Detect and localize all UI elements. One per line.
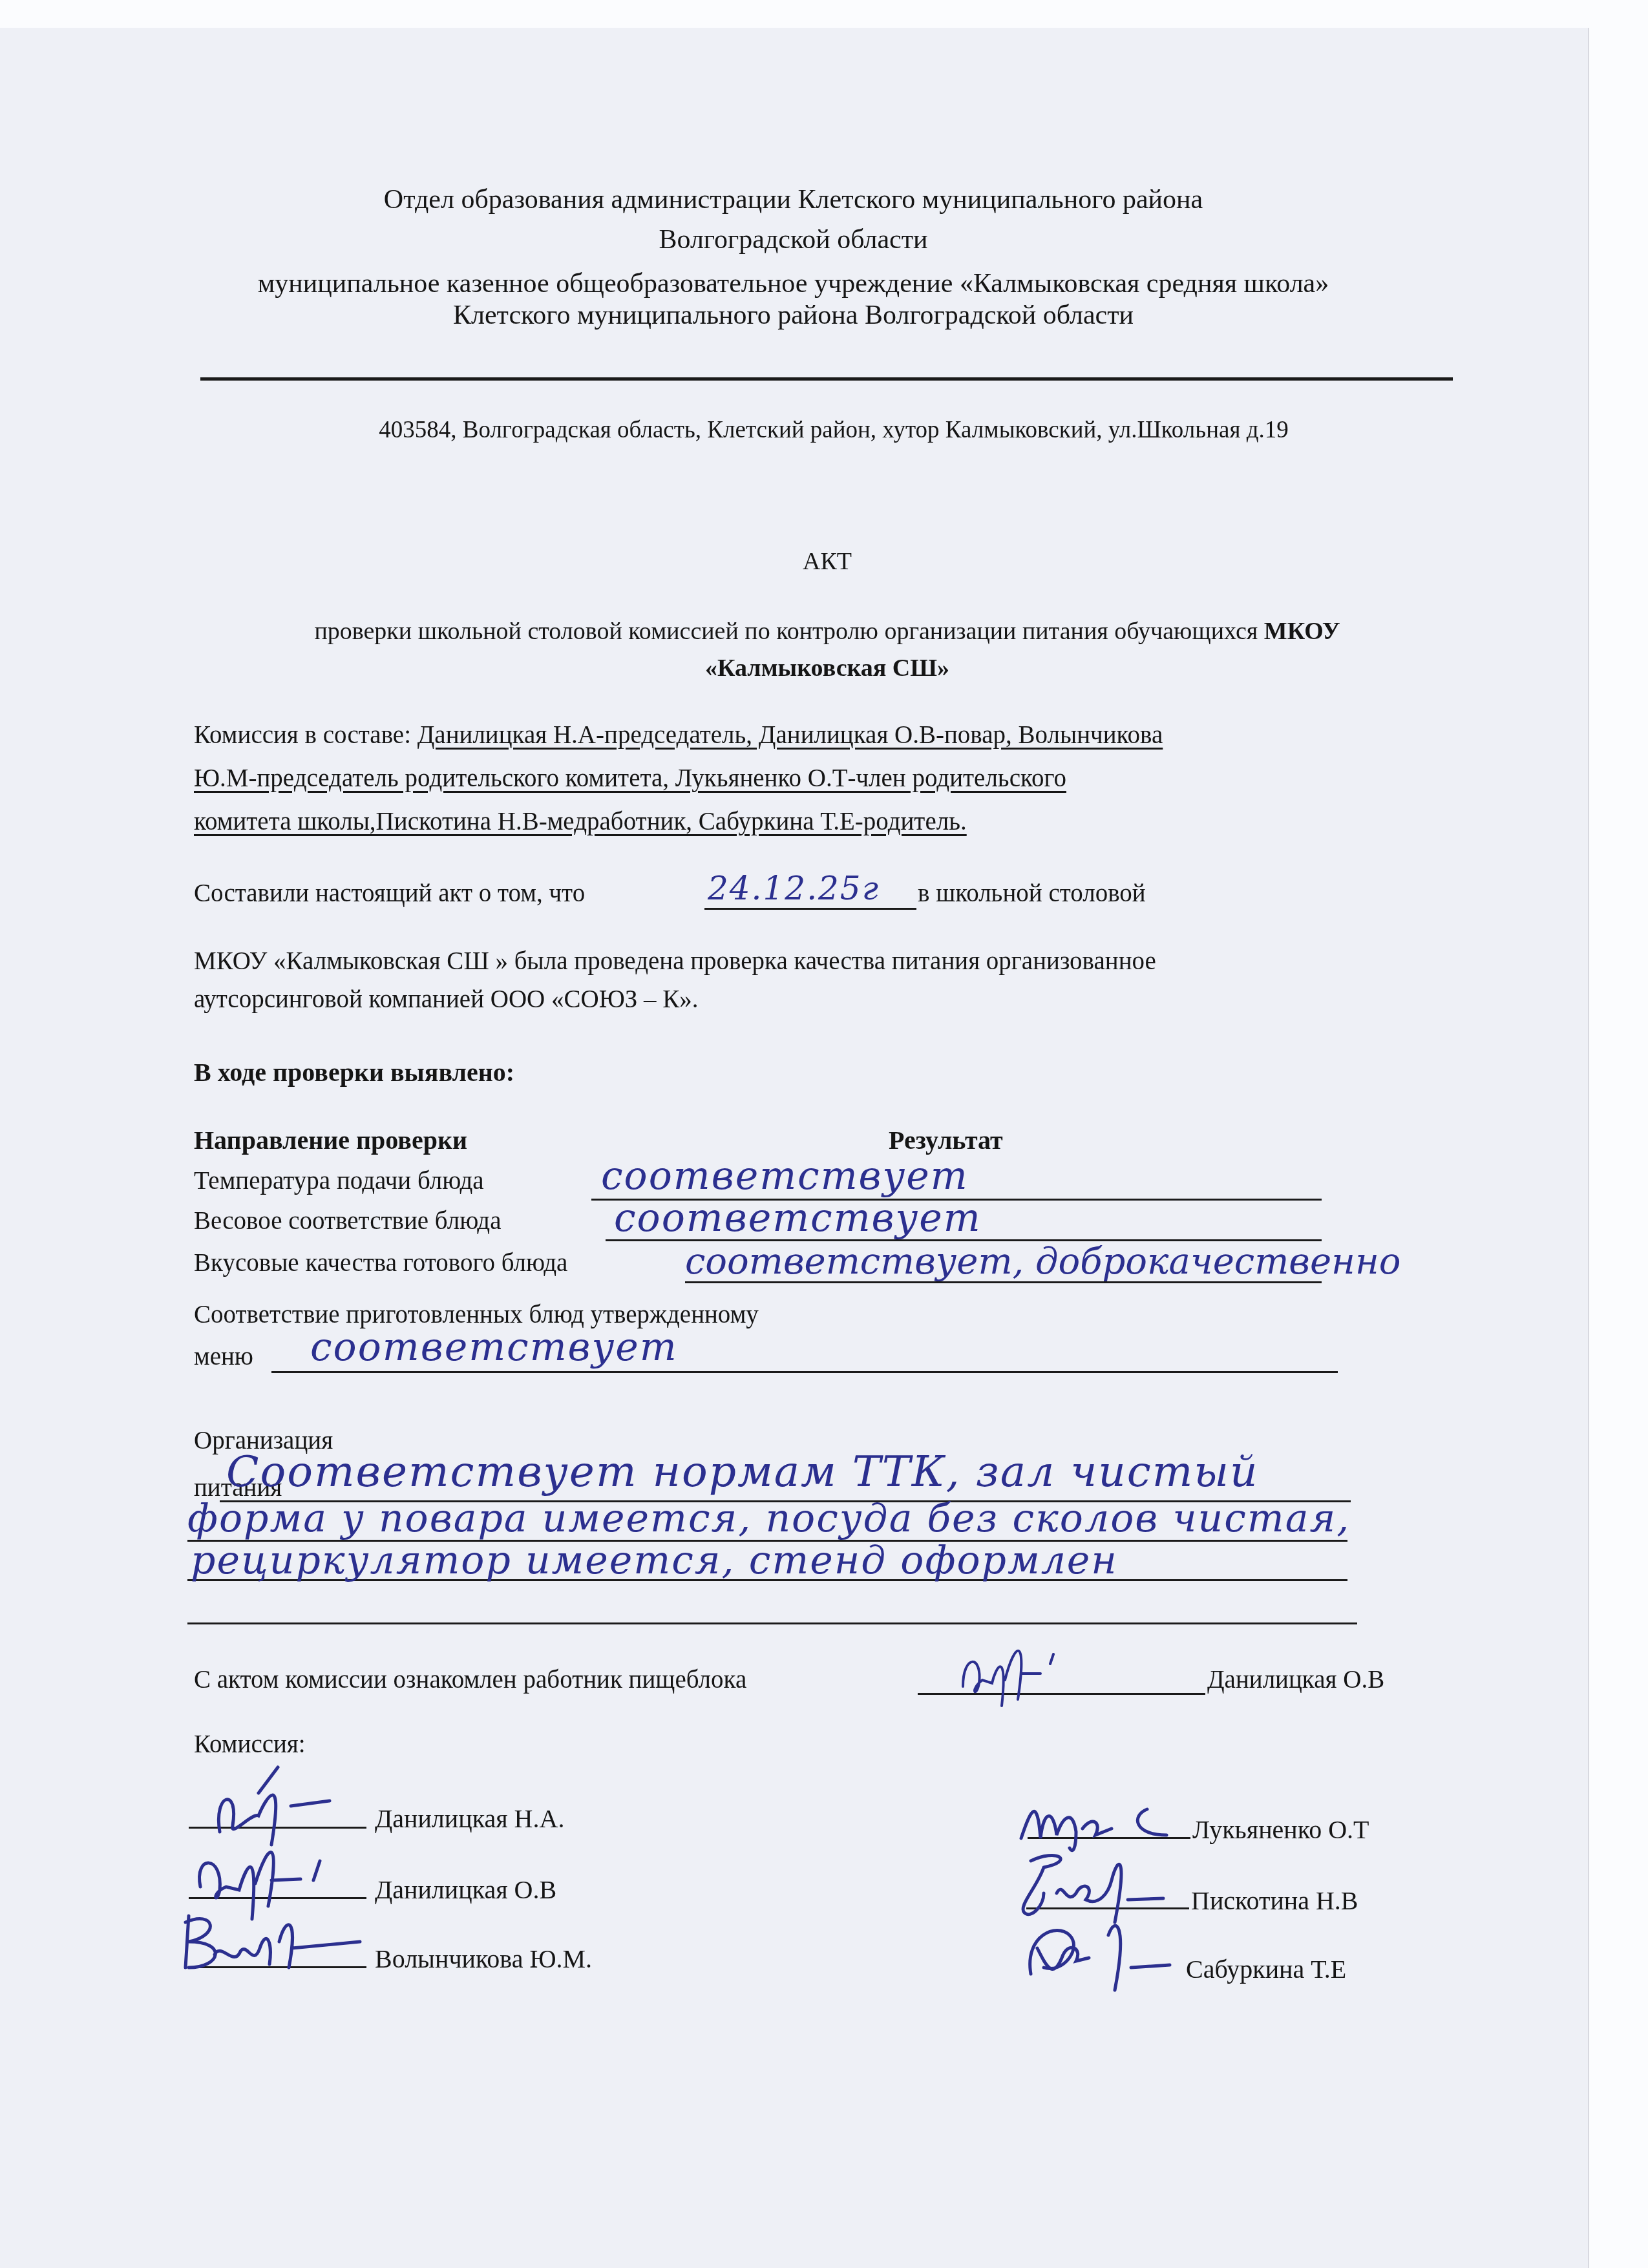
school-address: 403584, Волгоградская область, Клетский …: [194, 418, 1474, 442]
commission-members-1: Данилицкая Н.А-председатель, Данилицкая …: [417, 721, 1163, 749]
signature-name-left-1: Данилицкая Н.А.: [375, 1806, 564, 1832]
org-value-line-2: форма у повара имеется, посуда без сколо…: [187, 1499, 1350, 1538]
header-divider: [200, 377, 1453, 381]
signature-volynchikova: [176, 1903, 370, 1984]
org-value-line-3: рециркулятор имеется, стенд оформлен: [191, 1541, 1118, 1580]
acknowledgement-name: Данилицкая О.В: [1207, 1667, 1384, 1692]
statement-prefix: Составили настоящий акт о том, что: [194, 881, 585, 906]
header-line-2: Волгоградской области: [0, 226, 1587, 253]
acknowledgement-signature: [956, 1628, 1073, 1722]
check-label-menu: меню: [194, 1344, 253, 1369]
check-value-menu: соответствует: [310, 1328, 678, 1367]
signature-name-right-3: Сабуркина Т.Е: [1186, 1957, 1346, 1982]
signature-name-right-1: Лукьяненко О.Т: [1192, 1817, 1369, 1843]
signatures-heading: Комиссия:: [194, 1732, 306, 1757]
column-header-direction: Направление проверки: [194, 1128, 467, 1153]
statement-line-2: МКОУ «Калмыковская СШ » была проведена п…: [194, 949, 1156, 974]
check-value-weight: соответствует: [614, 1199, 982, 1237]
subtitle-text: проверки школьной столовой комиссией по …: [314, 618, 1263, 645]
statement-line-3: аутсорсинговой компанией ООО «СОЮЗ – К».: [194, 987, 699, 1012]
org-underline-4: [187, 1622, 1357, 1624]
check-value-temperature: соответствует: [601, 1157, 969, 1195]
check-label-menu-line-1: Соответствие приготовленных блюд утвержд…: [194, 1302, 759, 1327]
check-label-weight: Весовое соответствие блюда: [194, 1208, 501, 1234]
signature-saburkina: [1018, 1909, 1186, 1997]
signature-name-right-2: Пискотина Н.В: [1191, 1888, 1358, 1914]
commission-line-3: комитета школы,Пискотина Н.В-медработник…: [194, 809, 967, 834]
check-value-taste: соответствует, доброкачественно: [685, 1244, 1401, 1280]
check-underline-menu: [271, 1371, 1338, 1373]
header-line-4: Клетского муниципального района Волгогра…: [0, 302, 1587, 329]
signature-name-left-3: Волынчикова Ю.М.: [375, 1946, 592, 1972]
check-label-temperature: Температура подачи блюда: [194, 1168, 484, 1193]
header-line-3: муниципальное казенное общеобразовательн…: [0, 270, 1587, 297]
subtitle-school-type: МКОУ: [1264, 618, 1340, 645]
signature-name-left-2: Данилицкая О.В: [375, 1877, 556, 1903]
date-underline: [704, 908, 916, 910]
org-value-line-1: Соответствует нормам ТТК, зал чистый: [226, 1451, 1259, 1493]
statement-suffix: в школьной столовой: [918, 881, 1146, 906]
commission-label: Комиссия в составе:: [194, 721, 417, 749]
column-header-result: Результат: [889, 1128, 1003, 1153]
document-subtitle: проверки школьной столовой комиссией по …: [187, 619, 1467, 644]
school-name: «Калмыковская СШ»: [187, 656, 1467, 680]
findings-heading: В ходе проверки выявлено:: [194, 1060, 514, 1086]
document-title: АКТ: [0, 549, 1648, 574]
acknowledgement-text: С актом комиссии ознакомлен работник пищ…: [194, 1667, 746, 1692]
commission-line-2: Ю.М-председатель родительского комитета,…: [194, 766, 1066, 791]
date-handwritten: 24.12.25г: [708, 872, 880, 905]
header-line-1: Отдел образования администрации Клетског…: [0, 186, 1587, 213]
check-label-taste: Вкусовые качества готового блюда: [194, 1250, 567, 1276]
commission-line-1: Комиссия в составе: Данилицкая Н.А-предс…: [194, 722, 1163, 748]
